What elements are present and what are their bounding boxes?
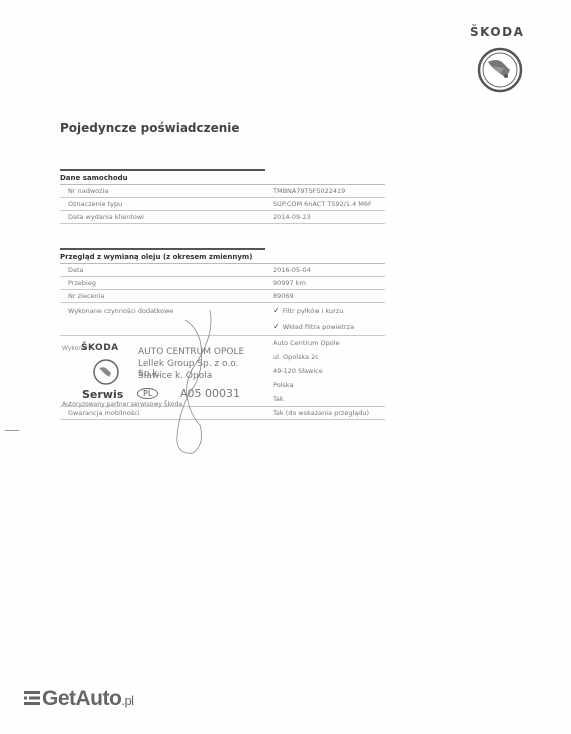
row-label: Data wydania klientowi <box>60 211 263 223</box>
table-row: Oznaczenie typuSUP.COM 6nACT TS92/1.4 M6… <box>60 198 385 211</box>
getauto-watermark: GetAuto.pl <box>24 687 134 711</box>
watermark-main: GetAuto <box>42 687 121 710</box>
row-value: Auto Centrum Opole <box>263 336 385 350</box>
brand-name: ŠKODA <box>470 25 524 39</box>
check-icon: ✓ <box>273 322 280 331</box>
row-label: Wykonane czynności dodatkowe <box>60 303 263 319</box>
table-row: Data wydania klientowi2014-09-23 <box>60 211 385 224</box>
check-icon: ✓ <box>273 306 280 315</box>
row-value: SUP.COM 6nACT TS92/1.4 M6F <box>263 198 385 210</box>
row-value: 2014-09-23 <box>263 211 385 223</box>
stamp-brand: ŠKODA <box>81 343 119 353</box>
row-label: Przebieg <box>60 277 263 289</box>
row-value: ul. Opolska 2c <box>263 350 385 364</box>
stamp-logo-icon <box>92 358 120 386</box>
watermark-suffix: .pl <box>121 693 133 708</box>
row-value: 90997 km <box>263 277 385 289</box>
stamp-country: PL <box>137 388 158 399</box>
menu-bars-icon <box>24 690 40 706</box>
row-label: Data <box>60 264 263 276</box>
margin-mark <box>5 430 19 431</box>
row-label: Nr nadwozia <box>60 185 263 197</box>
row-value: 89069 <box>263 290 385 302</box>
table-row: Nr nadwoziaTMBNA79TSFS022419 <box>60 185 385 198</box>
stamp-serwis: Serwis <box>82 388 123 401</box>
signature <box>165 305 225 455</box>
skoda-logo-icon <box>440 40 560 100</box>
row-value: Tak <box>263 392 385 406</box>
row-value: Polska <box>263 378 385 392</box>
row-value: Filtr pyłków i kurzu <box>283 307 344 315</box>
section-heading: Przegląd z wymianą oleju (z okresem zmie… <box>60 250 385 264</box>
row-label: Oznaczenie typu <box>60 198 263 210</box>
table-row: Przebieg90997 km <box>60 277 385 290</box>
section-car-data: Dane samochodu Nr nadwoziaTMBNA79TSFS022… <box>60 169 385 224</box>
row-value: Tak (do wskazania przeglądu) <box>263 407 385 419</box>
section-heading: Dane samochodu <box>60 171 385 185</box>
row-value: Wkład filtra powietrza <box>283 323 354 331</box>
row-value: TMBNA79TSFS022419 <box>263 185 385 197</box>
dealer-stamp: Wykonał ŠKODA AUTO CENTRUM OPOLE Lellek … <box>62 342 262 414</box>
table-row: Nr zlecenia89069 <box>60 290 385 303</box>
row-label <box>60 319 263 335</box>
row-value: 49-120 Sławice <box>263 364 385 378</box>
row-value: 2016-05-04 <box>263 264 385 276</box>
row-label: Nr zlecenia <box>60 290 263 302</box>
table-row: Data2016-05-04 <box>60 264 385 277</box>
document-title: Pojedyncze poświadczenie <box>60 121 240 135</box>
